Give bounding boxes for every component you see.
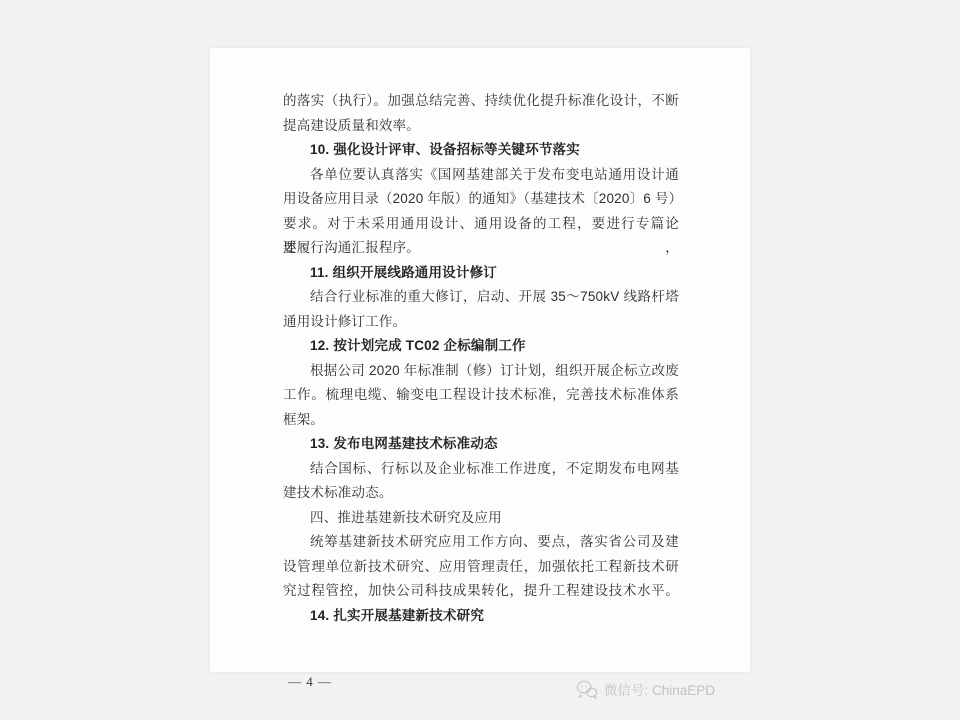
text-line: 提高建设质量和效率。: [283, 114, 679, 139]
heading-item-12: 12. 按计划完成 TC02 企标编制工作: [283, 334, 679, 359]
text-line: 各单位要认真落实《国网基建部关于发布变电站通用设计通: [283, 163, 679, 188]
text-line: 要求。对于未采用通用设计、通用设备的工程，要进行专篇论述，: [283, 212, 679, 237]
text-line: 设管理单位新技术研究、应用管理责任，加强依托工程新技术研: [283, 555, 679, 580]
text-line: 通用设计修订工作。: [283, 310, 679, 335]
text-line: 究过程管控，加快公司科技成果转化，提升工程建设技术水平。: [283, 579, 679, 604]
heading-item-14: 14. 扎实开展基建新技术研究: [283, 604, 679, 629]
text-line: 建技术标准动态。: [283, 481, 679, 506]
text-line: 统筹基建新技术研究应用工作方向、要点，落实省公司及建: [283, 530, 679, 555]
text-line: 的落实（执行）。加强总结完善、持续优化提升标准化设计，不断: [283, 89, 679, 114]
heading-item-13: 13. 发布电网基建技术标准动态: [283, 432, 679, 457]
text-line: 工作。梳理电缆、输变电工程设计技术标准，完善技术标准体系: [283, 383, 679, 408]
document-viewer: 的落实（执行）。加强总结完善、持续优化提升标准化设计，不断 提高建设质量和效率。…: [0, 0, 960, 720]
page-number: — 4 —: [288, 674, 332, 690]
wechat-icon: [576, 680, 598, 699]
heading-item-11: 11. 组织开展线路通用设计修订: [283, 261, 679, 286]
watermark: 微信号: ChinaEPD: [576, 679, 715, 699]
section-heading-4: 四、推进基建新技术研究及应用: [283, 506, 679, 531]
text-line: 框架。: [283, 408, 679, 433]
document-text-block: 的落实（执行）。加强总结完善、持续优化提升标准化设计，不断 提高建设质量和效率。…: [283, 89, 679, 628]
text-line: 根据公司 2020 年标准制（修）订计划，组织开展企标立改废: [283, 359, 679, 384]
heading-item-10: 10. 强化设计评审、设备招标等关键环节落实: [283, 138, 679, 163]
watermark-text: 微信号: ChinaEPD: [604, 679, 715, 699]
document-page: 的落实（执行）。加强总结完善、持续优化提升标准化设计，不断 提高建设质量和效率。…: [210, 48, 750, 672]
text-line: 用设备应用目录（2020 年版）的通知》（基建技术〔2020〕6 号）: [283, 187, 679, 212]
text-line: 结合国标、行标以及企业标准工作进度，不定期发布电网基: [283, 457, 679, 482]
text-line: 结合行业标准的重大修订，启动、开展 35～750kV 线路杆塔: [283, 285, 679, 310]
